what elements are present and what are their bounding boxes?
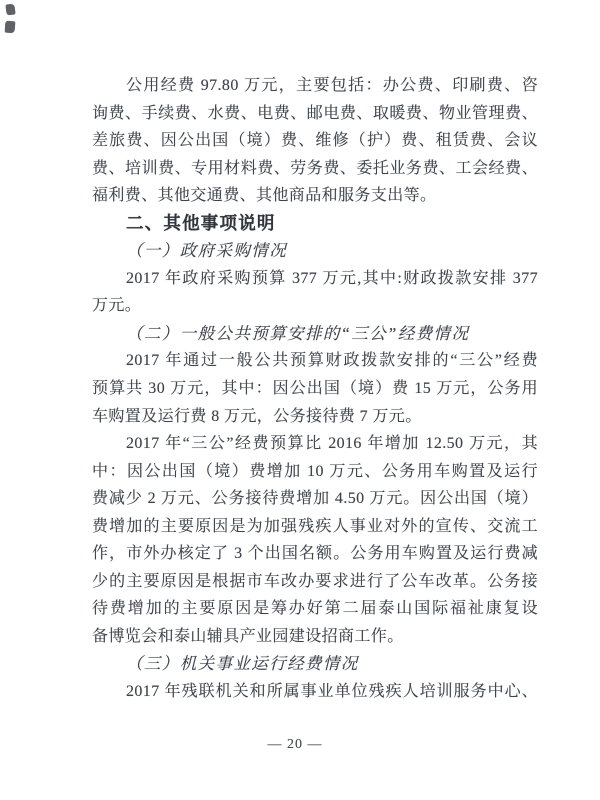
body-line: 福利费、其他交通费、其他商品和服务支出等。 xyxy=(92,182,538,210)
body-line: 差旅费、因公出国（境）费、维修（护）费、租赁费、会议 xyxy=(92,127,538,155)
document-page: 公用经费 97.80 万元，主要包括：办公费、印刷费、咨 询费、手续费、水费、电… xyxy=(0,0,600,800)
body-line: 中：因公出国（境）费增加 10 万元、公务用车购置及运行 xyxy=(92,458,538,486)
body-line: 少的主要原因是根据市车改办要求进行了公车改革。公务接 xyxy=(92,568,538,596)
subsection-heading-gov-procurement: （一）政府采购情况 xyxy=(92,237,538,265)
ink-speck xyxy=(5,3,15,15)
body-line: 万元。 xyxy=(92,292,538,320)
document-text-block: 公用经费 97.80 万元，主要包括：办公费、印刷费、咨 询费、手续费、水费、电… xyxy=(92,72,538,706)
body-line: 费增加的主要原因是为加强残疾人事业对外的宣传、交流工 xyxy=(92,513,538,541)
body-line: 公用经费 97.80 万元，主要包括：办公费、印刷费、咨 xyxy=(92,72,538,100)
body-line: 待费增加的主要原因是筹办好第二届泰山国际福祉康复设 xyxy=(92,595,538,623)
page-number: — 20 — xyxy=(0,735,590,755)
body-line: 预算共 30 万元，其中：因公出国（境）费 15 万元，公务用 xyxy=(92,375,538,403)
body-line: 作，市外办核定了 3 个出国名额。公务用车购置及运行费减 xyxy=(92,540,538,568)
ink-speck xyxy=(5,21,16,34)
body-line: 询费、手续费、水费、电费、邮电费、取暖费、物业管理费、 xyxy=(92,100,538,128)
body-line: 费减少 2 万元、公务接待费增加 4.50 万元。因公出国（境） xyxy=(92,485,538,513)
body-line: 2017 年政府采购预算 377 万元,其中:财政拨款安排 377 xyxy=(92,265,538,293)
section-heading-other-items: 二、其他事项说明 xyxy=(92,210,538,238)
body-line: 备博览会和泰山辅具产业园建设招商工作。 xyxy=(92,623,538,651)
subsection-heading-three-public-funds: （二）一般公共预算安排的“三公”经费情况 xyxy=(92,320,538,348)
body-line: 2017 年通过一般公共预算财政拨款安排的“三公”经费 xyxy=(92,347,538,375)
body-line: 车购置及运行费 8 万元，公务接待费 7 万元。 xyxy=(92,403,538,431)
body-line: 2017 年残联机关和所属事业单位残疾人培训服务中心、 xyxy=(92,678,538,706)
subsection-heading-agency-operating-funds: （三）机关事业运行经费情况 xyxy=(92,650,538,678)
body-line: 费、培训费、专用材料费、劳务费、委托业务费、工会经费、 xyxy=(92,155,538,183)
body-line: 2017 年“三公”经费预算比 2016 年增加 12.50 万元，其 xyxy=(92,430,538,458)
